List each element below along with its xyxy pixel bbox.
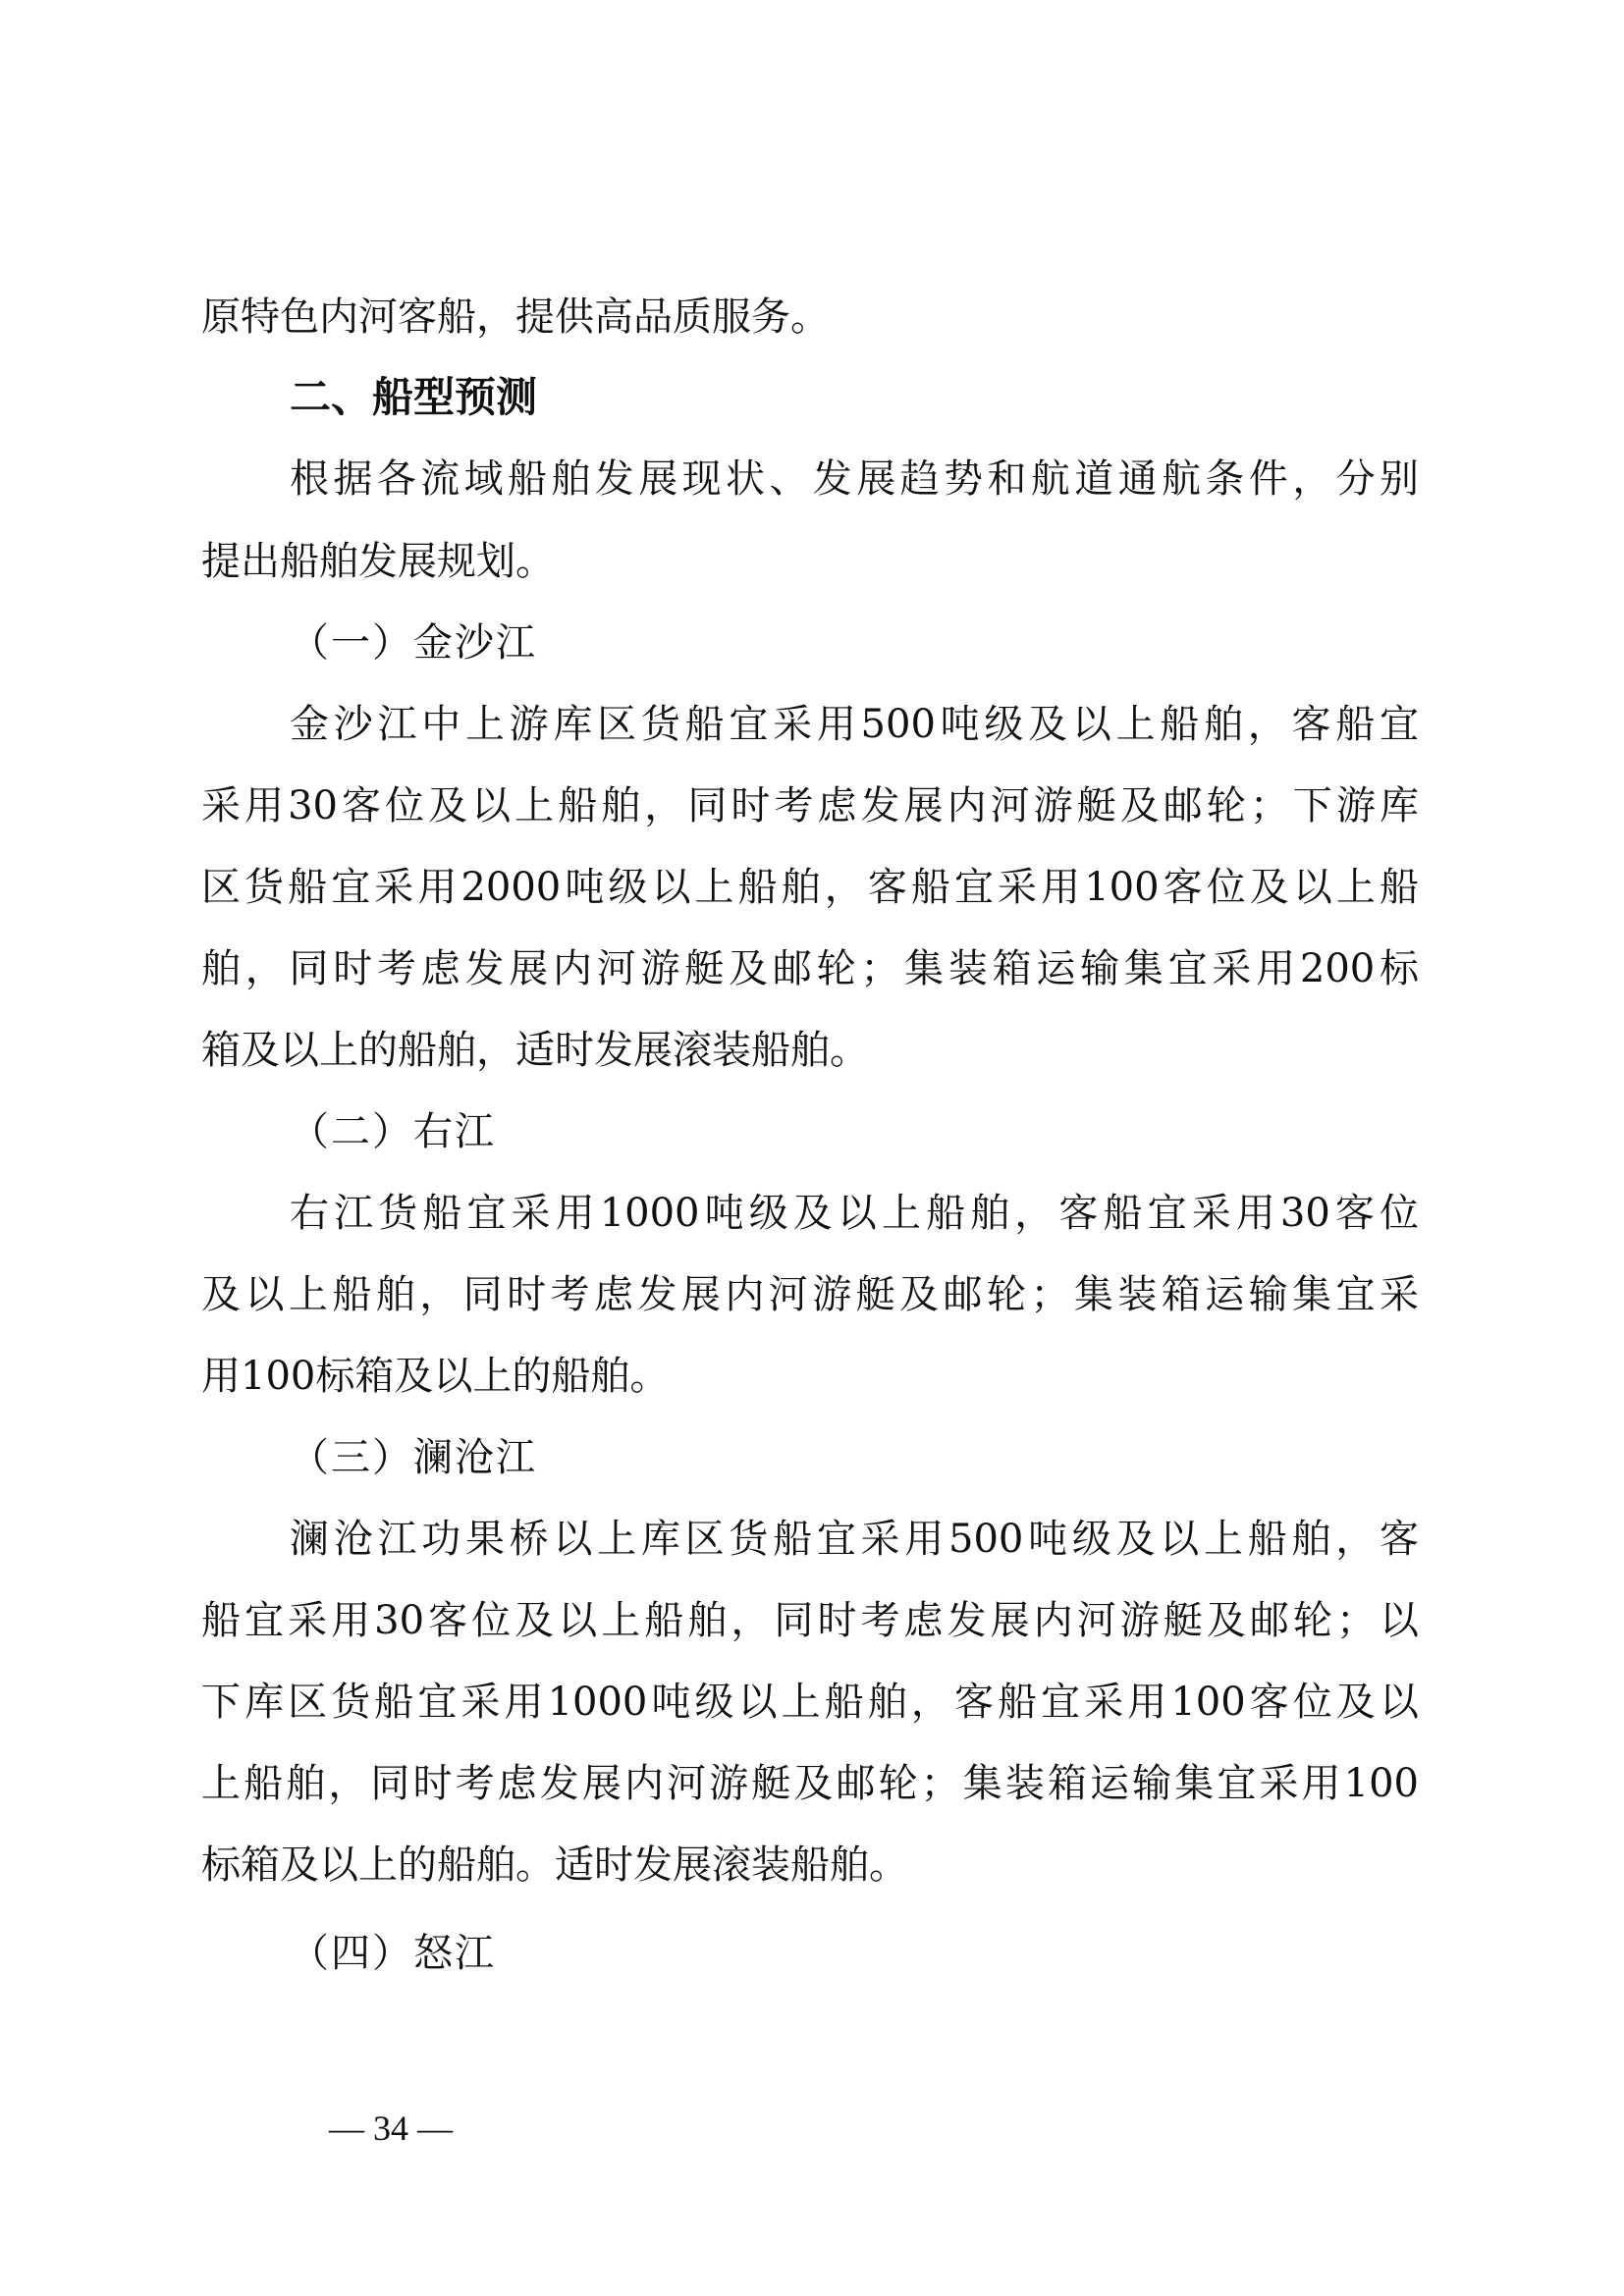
paragraph-line: 提出船舶发展规划。	[201, 532, 1419, 591]
page-number: — 34 —	[314, 2104, 467, 2153]
paragraph-line: 上船舶，同时考虑发展内河游艇及邮轮；集装箱运输集宜采用100	[201, 1754, 1419, 1813]
paragraph-line: 右江货船宜采用1000吨级及以上船舶，客船宜采用30客位	[290, 1184, 1419, 1243]
subsection-heading: （三）澜沧江	[290, 1428, 537, 1487]
paragraph-line: 根据各流域船舶发展现状、发展趋势和航道通航条件，分别	[290, 450, 1419, 508]
paragraph-line: 用100标箱及以上的船舶。	[201, 1347, 1419, 1406]
paragraph-line: 区货船宜采用2000吨级以上船舶，客船宜采用100客位及以上船	[201, 858, 1419, 917]
paragraph-line: 船宜采用30客位及以上船舶，同时考虑发展内河游艇及邮轮；以	[201, 1591, 1419, 1650]
subsection-heading: （四）怒江	[290, 1924, 496, 1983]
paragraph-line: 澜沧江功果桥以上库区货船宜采用500吨级及以上船舶，客	[290, 1510, 1419, 1569]
paragraph-line: 原特色内河客船，提供高品质服务。	[201, 288, 1419, 347]
document-page: 原特色内河客船，提供高品质服务。 二、船型预测 根据各流域船舶发展现状、发展趋势…	[0, 0, 1624, 2296]
paragraph-line: 舶，同时考虑发展内河游艇及邮轮；集装箱运输集宜采用200标	[201, 939, 1419, 998]
paragraph-line: 采用30客位及以上船舶，同时考虑发展内河游艇及邮轮；下游库	[201, 776, 1419, 835]
paragraph-line: 及以上船舶，同时考虑发展内河游艇及邮轮；集装箱运输集宜采	[201, 1265, 1419, 1324]
section-heading: 二、船型预测	[290, 368, 537, 427]
subsection-heading: （二）右江	[290, 1102, 496, 1161]
paragraph-line: 箱及以上的船舶，适时发展滚装船舶。	[201, 1021, 1419, 1080]
paragraph-line: 标箱及以上的船舶。适时发展滚装船舶。	[201, 1836, 1419, 1895]
paragraph-line: 下库区货船宜采用1000吨级以上船舶，客船宜采用100客位及以	[201, 1673, 1419, 1732]
subsection-heading: （一）金沙江	[290, 614, 537, 672]
paragraph-line: 金沙江中上游库区货船宜采用500吨级及以上船舶，客船宜	[290, 695, 1419, 754]
